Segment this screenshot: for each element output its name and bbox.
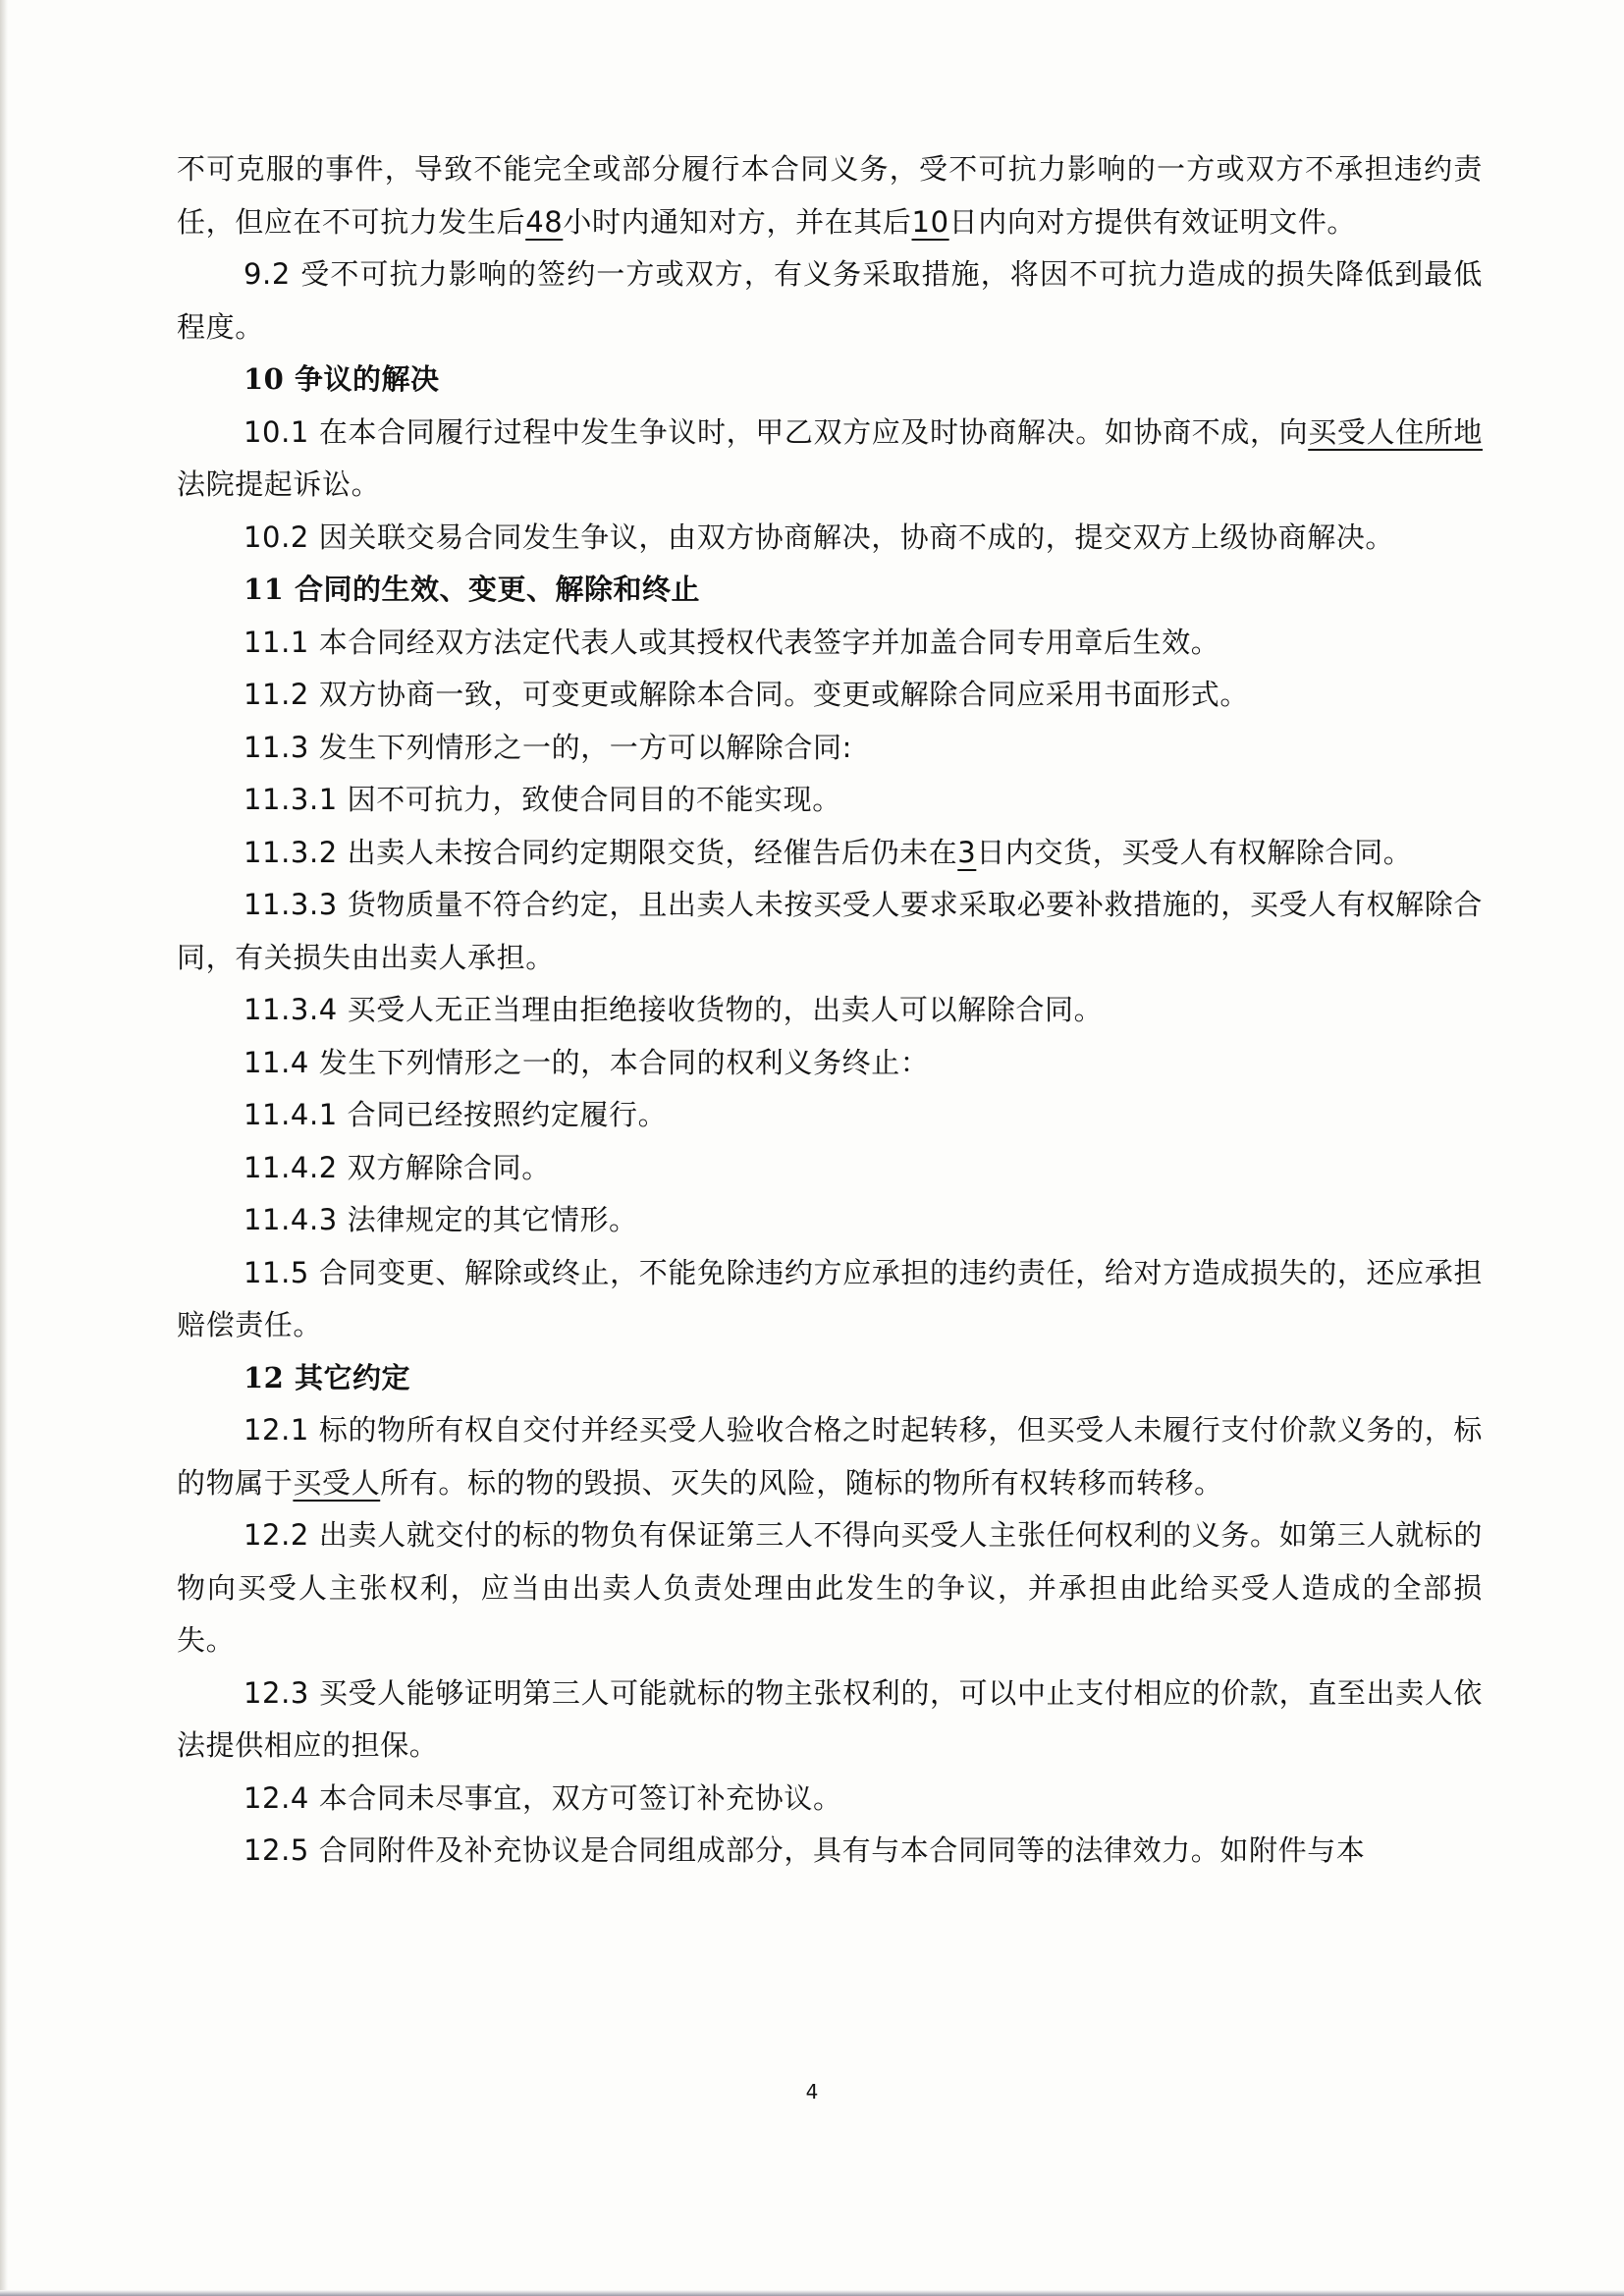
text-run: 法院提起诉讼。	[177, 467, 380, 501]
paragraph-9-1-continued: 不可克服的事件，导致不能完全或部分履行本合同义务，受不可抗力影响的一方或双方不承…	[177, 143, 1483, 248]
scan-edge-left	[0, 0, 8, 2296]
paragraph-11-3: 11.3 发生下列情形之一的，一方可以解除合同:	[177, 722, 1483, 775]
paragraph-12-4: 12.4 本合同未尽事宜，双方可签订补充协议。	[177, 1773, 1483, 1826]
scan-edge-bottom	[0, 2290, 1624, 2296]
section-heading-12: 12 其它约定	[177, 1352, 1483, 1405]
paragraph-11-3-2: 11.3.2 出卖人未按合同约定期限交货，经催告后仍未在3日内交货，买受人有权解…	[177, 827, 1483, 880]
paragraph-10-2: 10.2 因关联交易合同发生争议，由双方协商解决，协商不成的，提交双方上级协商解…	[177, 512, 1483, 565]
paragraph-10-1: 10.1 在本合同履行过程中发生争议时，甲乙双方应及时协商解决。如协商不成，向买…	[177, 407, 1483, 512]
section-heading-11: 11 合同的生效、变更、解除和终止	[177, 564, 1483, 617]
text-run: 所有。标的物的毁损、灭失的风险，随标的物所有权转移而转移。	[380, 1466, 1222, 1500]
page-number: 4	[0, 2080, 1624, 2104]
section-heading-10: 10 争议的解决	[177, 354, 1483, 407]
paragraph-12-5: 12.5 合同附件及补充协议是合同组成部分，具有与本合同同等的法律效力。如附件与…	[177, 1825, 1483, 1878]
text-run: 日内向对方提供有效证明文件。	[949, 205, 1356, 239]
paragraph-11-2: 11.2 双方协商一致，可变更或解除本合同。变更或解除合同应采用书面形式。	[177, 669, 1483, 722]
paragraph-11-3-4: 11.3.4 买受人无正当理由拒绝接收货物的，出卖人可以解除合同。	[177, 984, 1483, 1037]
paragraph-12-2: 12.2 出卖人就交付的标的物负有保证第三人不得向买受人主张任何权利的义务。如第…	[177, 1509, 1483, 1667]
paragraph-11-4-2: 11.4.2 双方解除合同。	[177, 1142, 1483, 1195]
paragraph-12-1: 12.1 标的物所有权自交付并经买受人验收合格之时起转移，但买受人未履行支付价款…	[177, 1404, 1483, 1509]
paragraph-11-1: 11.1 本合同经双方法定代表人或其授权代表签字并加盖合同专用章后生效。	[177, 617, 1483, 670]
text-run: 小时内通知对方，并在其后	[563, 205, 911, 239]
paragraph-11-3-3: 11.3.3 货物质量不符合约定，且出卖人未按买受人要求采取必要补救措施的，买受…	[177, 879, 1483, 984]
blank-hours: 48	[525, 205, 563, 239]
paragraph-11-4-1: 11.4.1 合同已经按照约定履行。	[177, 1089, 1483, 1142]
blank-days: 10	[912, 205, 949, 239]
paragraph-9-2: 9.2 受不可抗力影响的签约一方或双方，有义务采取措施，将因不可抗力造成的损失降…	[177, 248, 1483, 354]
contract-page-body: 不可克服的事件，导致不能完全或部分履行本合同义务，受不可抗力影响的一方或双方不承…	[177, 143, 1483, 1878]
paragraph-11-4-3: 11.4.3 法律规定的其它情形。	[177, 1194, 1483, 1247]
paragraph-12-3: 12.3 买受人能够证明第三人可能就标的物主张权利的，可以中止支付相应的价款，直…	[177, 1667, 1483, 1773]
blank-court-location: 买受人住所地	[1308, 415, 1483, 449]
text-run: 11.3.2 出卖人未按合同约定期限交货，经催告后仍未在	[244, 836, 957, 869]
paragraph-11-3-1: 11.3.1 因不可抗力，致使合同目的不能实现。	[177, 774, 1483, 827]
text-run: 日内交货，买受人有权解除合同。	[976, 836, 1412, 869]
text-run: 10.1 在本合同履行过程中发生争议时，甲乙双方应及时协商解决。如协商不成，向	[244, 415, 1308, 449]
paragraph-11-4: 11.4 发生下列情形之一的，本合同的权利义务终止：	[177, 1037, 1483, 1090]
paragraph-11-5: 11.5 合同变更、解除或终止，不能免除违约方应承担的违约责任，给对方造成损失的…	[177, 1247, 1483, 1352]
blank-owner: 买受人	[293, 1466, 380, 1500]
blank-delivery-days: 3	[957, 836, 976, 869]
